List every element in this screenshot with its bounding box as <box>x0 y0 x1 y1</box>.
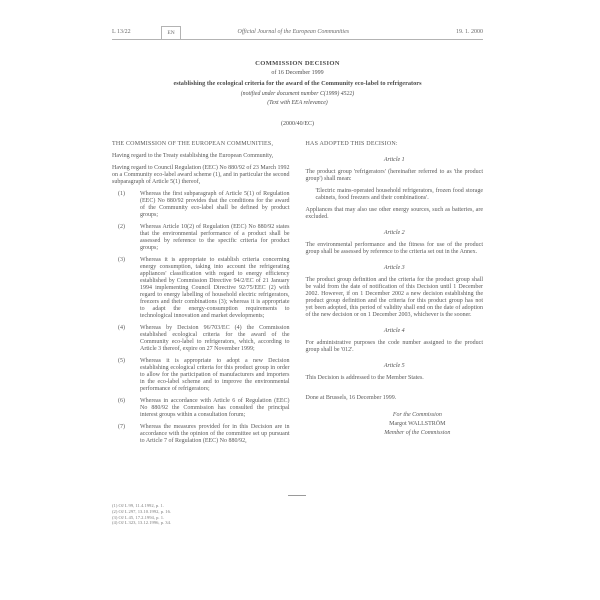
decision-date: of 16 December 1999 <box>112 70 483 76</box>
recital-text: Whereas it is appropriate to establish c… <box>140 257 290 319</box>
regulation-citation: Having regard to Council Regulation (EEC… <box>112 165 290 186</box>
article-paragraph: For administrative purposes the code num… <box>306 340 484 354</box>
left-column: THE COMMISSION OF THE EUROPEAN COMMUNITI… <box>112 141 290 526</box>
journal-header: L 13/22 EN Official Journal of the Europ… <box>112 28 483 40</box>
recital: (2) Whereas Article 10(2) of Regulation … <box>112 224 290 252</box>
right-column: HAS ADOPTED THIS DECISION: Article 1 The… <box>306 141 484 526</box>
signature-for: For the Commission <box>362 411 472 420</box>
recital: (3) Whereas it is appropriate to establi… <box>112 257 290 320</box>
article-heading: Article 4 <box>306 328 484 335</box>
oj-document-page: L 13/22 EN Official Journal of the Europ… <box>0 0 600 600</box>
recital-text: Whereas in accordance with Article 6 of … <box>140 398 290 418</box>
signatory-name: Margot WALLSTRÖM <box>362 420 472 429</box>
issue-date: 19. 1. 2000 <box>456 28 483 36</box>
language-badge: EN <box>161 26 181 40</box>
adoption-formula: HAS ADOPTED THIS DECISION: <box>306 141 484 148</box>
recital-text: Whereas it is appropriate to adopt a new… <box>140 358 290 392</box>
notification-note: (notified under document number C(1999) … <box>112 91 483 97</box>
article-heading: Article 3 <box>306 265 484 272</box>
recital-text: Whereas by Decision 96/703/EC (4) the Co… <box>140 325 290 352</box>
title-block: COMMISSION DECISION of 16 December 1999 … <box>112 60 483 127</box>
preamble-opening: THE COMMISSION OF THE EUROPEAN COMMUNITI… <box>112 141 290 148</box>
recital-number: (5) <box>118 358 125 365</box>
eea-relevance-note: (Text with EEA relevance) <box>112 100 483 106</box>
journal-title: Official Journal of the European Communi… <box>238 28 350 36</box>
decision-type: COMMISSION DECISION <box>112 60 483 67</box>
decision-subject: establishing the ecological criteria for… <box>112 80 483 87</box>
done-at-line: Done at Brussels, 16 December 1999. <box>306 395 484 402</box>
article-paragraph: The product group definition and the cri… <box>306 277 484 319</box>
recital-text: Whereas the first subparagraph of Articl… <box>140 191 290 218</box>
recital-number: (4) <box>118 325 125 332</box>
footnote-block: (1) OJ L 99, 11.4.1992, p. 1. (2) OJ L 2… <box>112 503 290 526</box>
article-paragraph: This Decision is addressed to the Member… <box>306 375 484 382</box>
article-heading: Article 5 <box>306 363 484 370</box>
body-columns: THE COMMISSION OF THE EUROPEAN COMMUNITI… <box>112 141 483 526</box>
article-heading: Article 1 <box>306 157 484 164</box>
article-heading: Article 2 <box>306 230 484 237</box>
recital: (7) Whereas the measures provided for in… <box>112 424 290 445</box>
article-quote: 'Electric mains-operated household refri… <box>306 188 484 202</box>
recital-number: (2) <box>118 224 125 231</box>
article-paragraph: The environmental performance and the fi… <box>306 242 484 256</box>
column-separator-dash <box>288 495 306 496</box>
footnote: (4) OJ L 323, 13.12.1996, p. 34. <box>112 520 290 526</box>
article-paragraph: Appliances that may also use other energ… <box>306 207 484 221</box>
recital: (1) Whereas the first subparagraph of Ar… <box>112 191 290 219</box>
recital: (4) Whereas by Decision 96/703/EC (4) th… <box>112 325 290 353</box>
page-content: L 13/22 EN Official Journal of the Europ… <box>112 28 483 526</box>
recital-number: (7) <box>118 424 125 431</box>
recital: (5) Whereas it is appropriate to adopt a… <box>112 358 290 393</box>
treaty-citation: Having regard to the Treaty establishing… <box>112 153 290 160</box>
recital-number: (6) <box>118 398 125 405</box>
recital-number: (3) <box>118 257 125 264</box>
recital: (6) Whereas in accordance with Article 6… <box>112 398 290 419</box>
article-paragraph: The product group 'refrigerators' (herei… <box>306 169 484 183</box>
recital-text: Whereas the measures provided for in thi… <box>140 424 290 444</box>
decision-number: (2000/40/EC) <box>112 121 483 127</box>
page-reference: L 13/22 <box>112 28 131 36</box>
signatory-role: Member of the Commission <box>362 429 472 438</box>
recital-text: Whereas Article 10(2) of Regulation (EEC… <box>140 224 290 251</box>
signature-block: For the Commission Margot WALLSTRÖM Memb… <box>362 411 472 438</box>
recital-number: (1) <box>118 191 125 198</box>
